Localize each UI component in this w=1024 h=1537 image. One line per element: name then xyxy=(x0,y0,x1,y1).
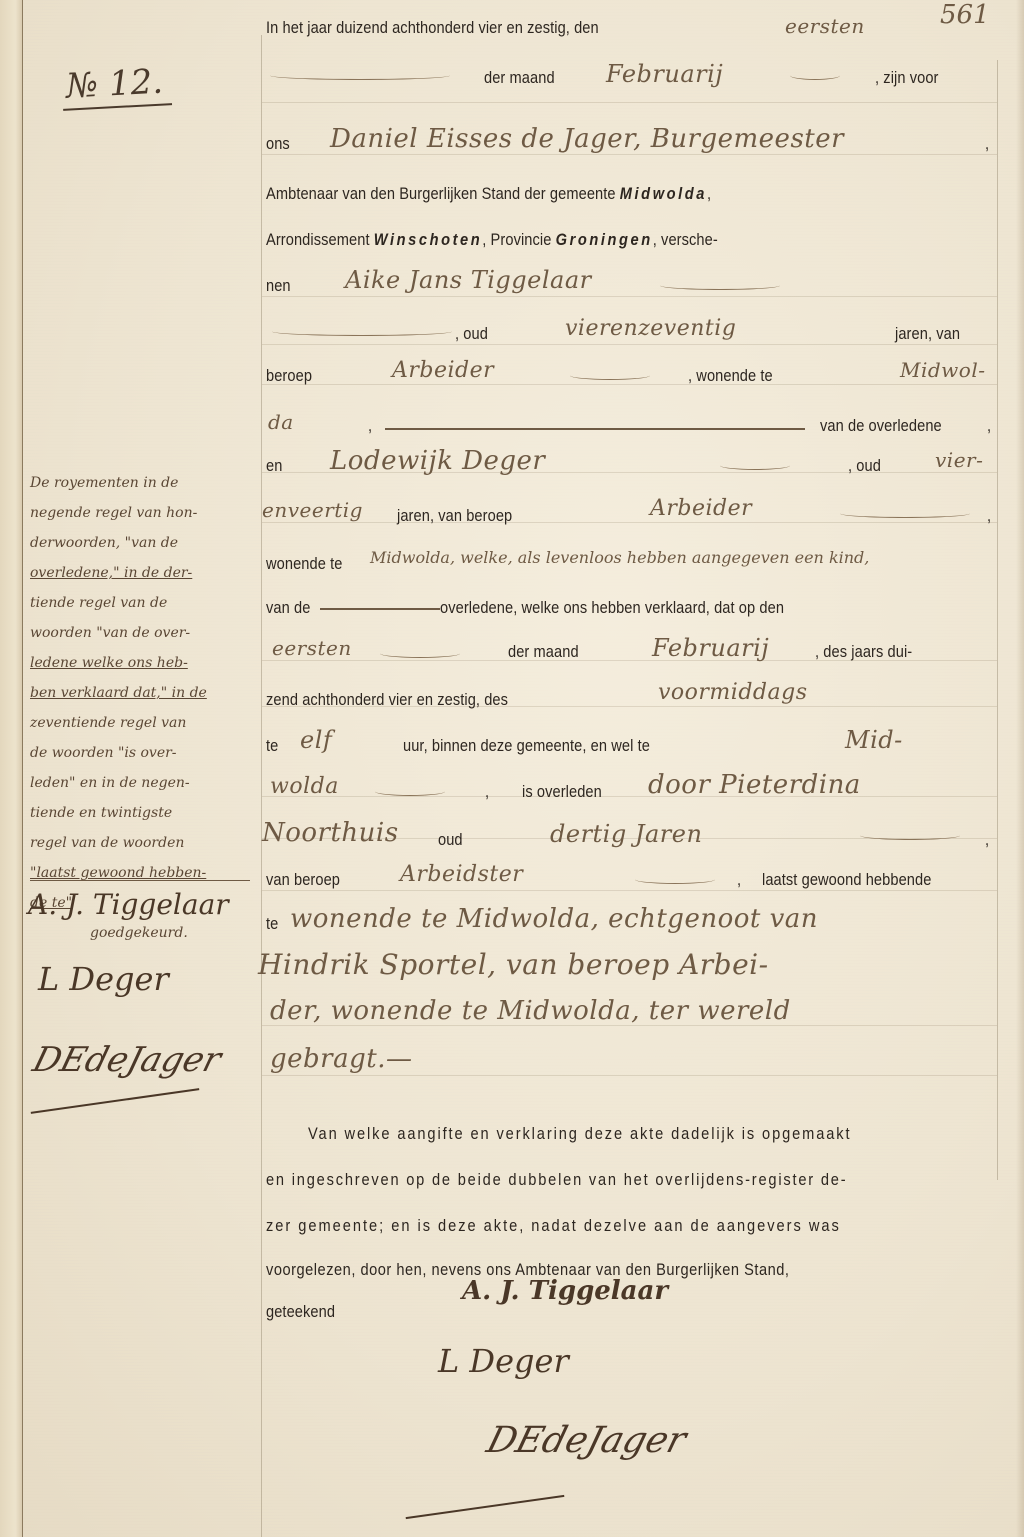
printed-text: jaren, van xyxy=(895,324,960,343)
margin-note-line: negende regel van hon- xyxy=(30,498,250,528)
margin-divider xyxy=(30,880,250,881)
printed-text: , wonende te xyxy=(688,366,773,385)
margin-note-line: goedgekeurd. xyxy=(30,918,250,948)
filler-stroke xyxy=(660,272,780,296)
folio-number: 561 xyxy=(940,0,990,30)
register-page: № 12. 561 In het jaar duizend achthonder… xyxy=(0,0,1024,1537)
margin-note-line: tiende regel van de xyxy=(30,588,250,618)
margin-note-line: "laatst gewoond hebben- xyxy=(30,858,250,888)
column-rule-right xyxy=(997,60,998,1180)
printed-text: te xyxy=(266,736,278,755)
printed-text: uur, binnen deze gemeente, en wel te xyxy=(403,736,650,755)
filler-stroke xyxy=(635,866,715,890)
handwritten-closing: gebragt.— xyxy=(270,1044,412,1074)
municipality-name: Midwolda xyxy=(620,184,707,203)
filler-stroke xyxy=(570,362,650,386)
column-rule-left xyxy=(261,35,262,1537)
printed-text: , xyxy=(707,184,711,203)
guide-rule xyxy=(262,1075,997,1076)
struck-text: van de overledene xyxy=(820,416,942,435)
printed-text: , Provincie xyxy=(482,230,551,249)
filler-stroke xyxy=(375,778,445,802)
printed-text: der maand xyxy=(484,68,555,87)
printed-text: In het jaar duizend achthonderd vier en … xyxy=(266,18,599,37)
handwritten-hour: elf xyxy=(300,726,332,754)
text-line-19b: , xyxy=(737,870,754,890)
margin-note-line: derwoorden, "van de xyxy=(30,528,250,558)
handwritten-mother-residence: wonende te Midwolda, echtgenoot van xyxy=(290,904,818,934)
text-line-19c: laatst gewoond hebbende xyxy=(762,870,968,890)
printed-text: wonende te xyxy=(266,554,342,573)
printed-text: , xyxy=(987,416,991,435)
handwritten-spouse-residence: der, wonende te Midwolda, ter wereld xyxy=(270,996,791,1026)
struck-text: is overleden xyxy=(522,782,602,801)
printed-text: , xyxy=(485,782,489,801)
margin-note-line: zeventiende regel van xyxy=(30,708,250,738)
signature-declarant-1: A. J. Tiggelaar xyxy=(462,1276,668,1306)
arrondissement-name: Winschoten xyxy=(374,230,483,249)
text-line-17b: is overleden xyxy=(522,782,625,802)
struck-text: overledene, welke ons hebben verklaard, … xyxy=(440,598,784,617)
text-line-4: Ambtenaar van den Burgerlijken Stand der… xyxy=(266,184,890,204)
printed-text: , oud xyxy=(848,456,881,475)
text-line-13b: overledene, welke ons hebben verklaard, … xyxy=(440,598,922,618)
handwritten-place: Mid- xyxy=(845,726,903,754)
closing-line-2: en ingeschreven op de beide dubbelen van… xyxy=(266,1170,890,1190)
printed-text: der maand xyxy=(508,642,579,661)
printed-text: , versche- xyxy=(653,230,718,249)
handwritten-insertion: Midwolda, welke, als levenloos hebben aa… xyxy=(370,548,869,567)
margin-note-line: De royementen in de xyxy=(30,468,250,498)
printed-text: , xyxy=(985,830,989,849)
handwritten-age-2: vier- xyxy=(935,448,983,472)
filler-stroke xyxy=(380,640,460,664)
filler-stroke xyxy=(860,822,960,846)
text-line-9: , xyxy=(368,416,385,436)
handwritten-residence-1: Midwol- xyxy=(900,358,986,382)
signature-declarant-2: L Deger xyxy=(438,1342,569,1380)
text-line-16b: uur, binnen deze gemeente, en wel te xyxy=(403,736,747,756)
handwritten-mother-surname: Noorthuis xyxy=(262,818,399,848)
handwritten-spouse: Hindrik Sportel, van beroep Arbei- xyxy=(258,948,769,981)
text-line-11: jaren, van beroep xyxy=(397,506,612,526)
text-line-17: , xyxy=(485,782,502,802)
margin-note-line: tiende en twintigste xyxy=(30,798,250,828)
guide-rule xyxy=(262,796,997,797)
handwritten-residence-1-cont: da xyxy=(268,410,294,434)
margin-note-line: regel van de woorden xyxy=(30,828,250,858)
margin-signature-declarant-2: L Deger xyxy=(38,960,169,998)
printed-text: en xyxy=(266,456,282,475)
printed-text: Ambtenaar van den Burgerlijken Stand der… xyxy=(266,184,616,203)
handwritten-mother-name: door Pieterdina xyxy=(648,770,861,800)
handwritten-time-of-day: voormiddags xyxy=(658,680,808,705)
guide-rule xyxy=(262,102,997,103)
signature-flourish xyxy=(406,1495,565,1519)
handwritten-mother-age: dertig Jaren xyxy=(550,820,702,848)
signature-flourish xyxy=(31,1088,200,1114)
filler-stroke xyxy=(270,62,450,86)
printed-text: , zijn voor xyxy=(875,68,939,87)
province-name: Groningen xyxy=(556,230,653,249)
guide-rule xyxy=(262,344,997,345)
struck-text: van de xyxy=(266,598,310,617)
strike-line xyxy=(385,428,805,430)
printed-text: nen xyxy=(266,276,291,295)
handwritten-day: eersten xyxy=(785,14,865,38)
margin-note-line: de woorden "is over- xyxy=(30,738,250,768)
handwritten-officer-name: Daniel Eisses de Jager, Burgemeester xyxy=(330,124,844,154)
text-line-7b: jaren, van xyxy=(895,324,990,344)
margin-note-line: overledene," in de der- xyxy=(30,558,250,588)
margin-note-line: leden" en in de negen- xyxy=(30,768,250,798)
text-line-10b: , oud xyxy=(848,456,917,476)
guide-rule xyxy=(262,154,997,155)
text-line-11b: , xyxy=(987,506,1004,526)
struck-text: laatst gewoond hebbende xyxy=(762,870,931,889)
filler-stroke xyxy=(272,318,452,342)
printed-text: , xyxy=(368,416,372,435)
handwritten-occupation-2: Arbeider xyxy=(650,496,752,521)
handwritten-declarant-1-name: Aike Jans Tiggelaar xyxy=(345,266,592,294)
margin-note-line: woorden "van de over- xyxy=(30,618,250,648)
margin-note-line: ledene welke ons heb- xyxy=(30,648,250,678)
printed-text: beroep xyxy=(266,366,312,385)
printed-text: , oud xyxy=(455,324,488,343)
handwritten-month-2: Februarij xyxy=(652,634,769,662)
text-line-18: oud xyxy=(438,830,490,850)
handwritten-age-2-cont: enveertig xyxy=(262,498,363,522)
strike-line xyxy=(320,608,440,610)
handwritten-day-2: eersten xyxy=(272,636,352,660)
printed-text: van beroep xyxy=(266,870,340,889)
printed-text: Arrondissement xyxy=(266,230,370,249)
handwritten-age-1: vierenzeventig xyxy=(565,316,736,341)
text-line-8b: , wonende te xyxy=(688,366,860,386)
closing-line-1: Van welke aangifte en verklaring deze ak… xyxy=(308,1124,901,1144)
text-line-2b: , zijn voor xyxy=(875,68,978,88)
filler-stroke xyxy=(840,500,970,524)
closing-line-3: zer gemeente; en is deze akte, nadat dez… xyxy=(266,1216,890,1236)
signature-officer: DEdeJager xyxy=(483,1420,691,1461)
printed-text: jaren, van beroep xyxy=(397,506,512,525)
margin-signature-declarant-1: A. J. Tiggelaar xyxy=(28,888,229,921)
handwritten-month: Februarij xyxy=(606,60,723,88)
text-line-18b: , xyxy=(985,830,1002,850)
margin-annotation: De royementen in de negende regel van ho… xyxy=(30,468,250,948)
handwritten-place-cont: wolda xyxy=(270,774,339,799)
guide-rule xyxy=(262,296,997,297)
text-line-9c: , xyxy=(987,416,1004,436)
struck-text: te xyxy=(266,914,278,933)
text-line-14b: , des jaars dui- xyxy=(815,642,978,662)
printed-text: , xyxy=(737,870,741,889)
guide-rule xyxy=(262,890,997,891)
filler-stroke xyxy=(790,62,840,86)
printed-text: , xyxy=(985,134,989,153)
printed-text: , des jaars dui- xyxy=(815,642,912,661)
margin-signature-officer: DEdeJager xyxy=(29,1040,226,1080)
printed-text: zend achthonderd vier en zestig, des xyxy=(266,690,508,709)
text-line-5: Arrondissement Winschoten, Provincie Gro… xyxy=(266,230,890,250)
handwritten-mother-occupation: Arbeidster xyxy=(400,862,523,887)
printed-text: ons xyxy=(266,134,290,153)
page-binding xyxy=(0,0,23,1537)
filler-stroke xyxy=(720,452,790,476)
handwritten-declarant-2-name: Lodewijk Deger xyxy=(330,446,545,476)
printed-text: oud xyxy=(438,830,463,849)
margin-note-line: ben verklaard dat," in de xyxy=(30,678,250,708)
record-number: № 12. xyxy=(61,61,172,111)
text-line-9b: van de overledene xyxy=(820,416,975,436)
text-line-3b: , xyxy=(985,134,1002,154)
text-line-14: der maand xyxy=(508,642,637,662)
handwritten-occupation-1: Arbeider xyxy=(392,358,494,383)
page-edge xyxy=(1016,0,1024,1537)
printed-text: , xyxy=(987,506,991,525)
